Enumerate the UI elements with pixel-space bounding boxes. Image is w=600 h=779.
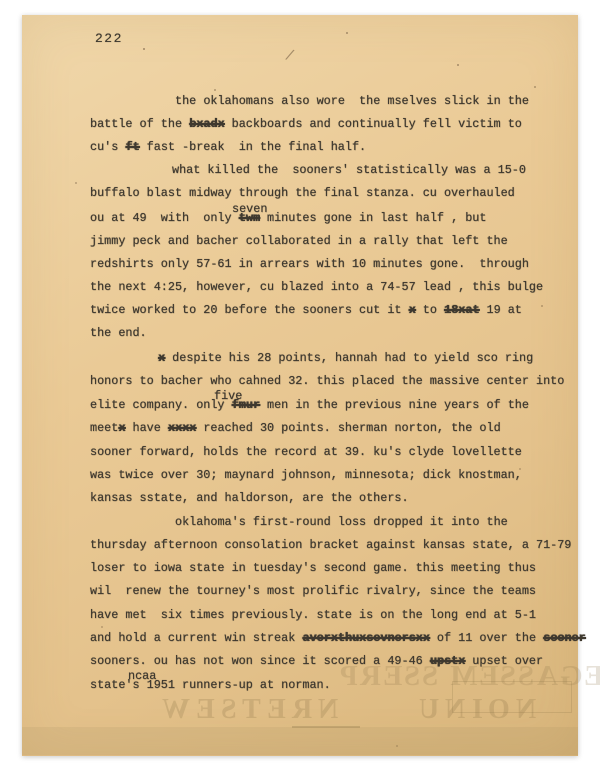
typed-text: men in the previous nine years of the [260,398,529,412]
typed-text: the next 4:25, however, cu blazed into a… [90,280,543,294]
typed-text: twice worked to 20 before the sooners cu… [90,303,409,317]
typed-line: wil renew the tourney's most prolific ri… [90,584,536,598]
struck-out-text: averxthuxsevnersxx [302,631,429,645]
struck-out-text: bxadx [189,117,224,131]
typed-text: state's 1951 runners-up at norman. [90,678,331,692]
typed-text: and hold a current win streak [90,631,302,645]
typed-line: redshirts only 57-61 in arrears with 10 … [90,257,529,271]
typed-text: loser to iowa state in tuesday's second … [90,561,536,575]
typed-line: sooner forward, holds the record at 39. … [90,445,522,459]
typed-line: cu's ft fast -break in the final half. [90,140,366,154]
typed-line: what killed the sooners' statistically w… [172,163,526,177]
photo-background: PRESS MESSAGE WESTERN UNION / 222 the ok… [0,0,600,779]
typed-text: minutes gone in last half , but [260,211,487,225]
typed-text: battle of the [90,117,189,131]
typed-text: 19 at [479,303,521,317]
typed-text: cu's [90,140,125,154]
typed-line: state's 1951 runners-up at norman. [90,678,331,692]
typed-text: what killed the sooners' statistically w… [172,163,526,177]
typed-text: elite company. only [90,398,232,412]
typed-text: kansas sstate, and haldorson, are the ot… [90,491,409,505]
typed-text: to [416,303,444,317]
typed-text: meet [90,421,118,435]
typed-text: fast -break in the final half. [140,140,367,154]
typed-line: loser to iowa state in tuesday's second … [90,561,536,575]
typed-text: redshirts only 57-61 in arrears with 10 … [90,257,529,271]
typed-line: sooners. ou has not won since it scored … [90,654,543,668]
typed-text: was twice over 30; maynard johnson, minn… [90,468,522,482]
typed-line: buffalo blast midway through the final s… [90,186,515,200]
typed-text: sooners. ou has not won since it scored … [90,654,430,668]
typed-text: of 11 over the [430,631,543,645]
typed-text: wil renew the tourney's most prolific ri… [90,584,536,598]
struck-out-text: fmur [232,398,260,412]
typed-text: upset over [465,654,543,668]
typed-line: the end. [90,326,147,340]
typed-text: the end. [90,326,147,340]
typed-text: the oklahomans also wore the mselves sli… [175,94,529,108]
typed-line: kansas sstate, and haldorson, are the ot… [90,491,409,505]
typed-text: despite his 28 points, hannah had to yie… [165,351,533,365]
typed-line: and hold a current win streak averxthuxs… [90,631,586,645]
typed-line: meetx have xxxx reached 30 points. sherm… [90,421,501,435]
typed-line: jimmy peck and bacher collaborated in a … [90,234,508,248]
struck-out-text: upstx [430,654,465,668]
typed-text: backboards and continually fell victim t… [225,117,522,131]
typed-line: thursday afternoon consolation bracket a… [90,538,571,552]
typed-text: jimmy peck and bacher collaborated in a … [90,234,508,248]
typed-line: the oklahomans also wore the mselves sli… [175,94,529,108]
typed-text: oklahoma's first-round loss dropped it i… [175,515,508,529]
typed-line: oklahoma's first-round loss dropped it i… [175,515,508,529]
typed-text: sooner forward, holds the record at 39. … [90,445,522,459]
typed-text: buffalo blast midway through the final s… [90,186,515,200]
typed-text: have [125,421,167,435]
struck-out-text: ft [125,140,139,154]
typed-lines: the oklahomans also wore the mselves sli… [0,0,600,779]
struck-out-text: sooner [543,631,585,645]
typed-line: have met six times previously. state is … [90,608,536,622]
typed-text: reached 30 points. sherman norton, the o… [196,421,500,435]
typed-line: honors to bacher who cahned 32. this pla… [90,374,564,388]
typed-line: battle of the bxadx backboards and conti… [90,117,522,131]
struck-out-text: xxxx [168,421,196,435]
typed-line: twice worked to 20 before the sooners cu… [90,303,522,317]
typed-line: x despite his 28 points, hannah had to y… [158,351,533,365]
typed-line: was twice over 30; maynard johnson, minn… [90,468,522,482]
struck-out-text: x [409,303,416,317]
typed-line: ou at 49 with only twm minutes gone in l… [90,211,486,225]
typed-text: ou at 49 with only [90,211,239,225]
typed-text: have met six times previously. state is … [90,608,536,622]
typed-line: elite company. only fmur men in the prev… [90,398,529,412]
typed-line: the next 4:25, however, cu blazed into a… [90,280,543,294]
struck-out-text: twm [239,211,260,225]
typed-text: thursday afternoon consolation bracket a… [90,538,571,552]
typed-text: honors to bacher who cahned 32. this pla… [90,374,564,388]
struck-out-text: 18xat [444,303,479,317]
